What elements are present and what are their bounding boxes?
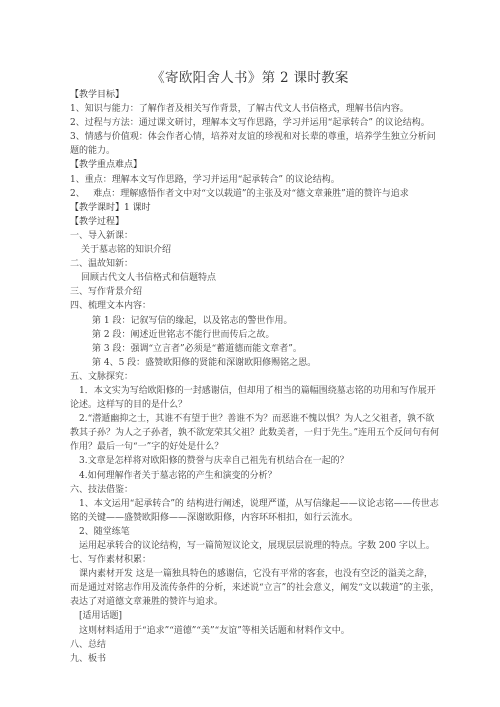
step-title: 八、总结 [70,638,440,652]
section-header-process: 【教学过程】 [70,215,440,229]
step-title: 四、梳理文本内容： [70,299,440,313]
document-title: 《寄欧阳舍人书》第 2 课时教案 [0,66,500,86]
topic-body: 这则材料适用于“追求”“道德”“美”“友谊”等相关话题和材料作文中。 [70,624,440,638]
step-title: 九、板书 [70,652,440,666]
step-title: 六、技法借鉴： [70,483,440,497]
document-page: 《寄欧阳舍人书》第 2 课时教案 【教学目标】 1、知识与能力：了解作者及相关写… [0,0,500,707]
question-item: 1．本文实为写给欧阳修的一封感谢信，但却用了相当的篇幅围绕墓志铭的功用和写作展开… [70,384,440,412]
step-title: 五、文脉探究： [70,370,440,384]
keypoint-item: 2、 难点：理解感悟作者文中对“文以载道”的主张及对“德文章兼胜”道的赞许与追求 [70,187,440,201]
technique-item-body: 运用起承转合的议论结构，写一篇简短议论文，展现层层说理的特点。字数 200 字以… [70,539,440,553]
topic-label: [适用话题] [70,609,440,623]
paragraph-summary: 第 4、5 段：盛赞欧阳修的贤能和深谢欧阳修赐铭之恩。 [70,356,440,370]
technique-item: 1、本文运用“起承转合”的 结构进行阐述，说理严谨，从写信缘起——议论志铭——传… [70,497,440,525]
material-body: 课内素材开发 这是一篇独具特色的感谢信，它没有平常的客套，也没有空泛的溢美之辞，… [70,567,440,609]
section-header-keypoints: 【教学重点难点】 [70,158,440,172]
objective-item: 3、情感与价值观：体会作者心情，培养对友谊的珍视和对长辈的尊重，培养学生独立分析… [70,130,440,158]
step-title: 二、温故知新： [70,257,440,271]
paragraph-summary: 第 3 段：强调“立言者”必须是“蓄道德而能文章者”。 [70,342,440,356]
step-title: 一、导入新课： [70,229,440,243]
keypoint-item: 1、重点：理解本文写作思路，学习并运用“起承转合” 的议论结构。 [70,173,440,187]
step-title: 七、写作素材积累： [70,553,440,567]
question-item: 4.如何理解作者关于墓志铭的产生和演变的分析？ [70,469,440,483]
step-title: 三、写作背景介绍 [70,285,440,299]
question-item: 2.“潜遁幽抑之士，其谁不有望于世？善谁不为？而恶谁不愧以惧？为人之父祖者，孰不… [70,412,440,454]
objective-item: 1、知识与能力：了解作者及相关写作背景，了解古代文人书信格式，理解书信内容。 [70,102,440,116]
section-header-objectives: 【教学目标】 [70,88,440,102]
paragraph-summary: 第 2 段：阐述近世铭志不能行世而传后之故。 [70,328,440,342]
question-item: 3.文章是怎样将对欧阳修的赞誉与庆幸自己祖先有机结合在一起的？ [70,454,440,468]
objective-item: 2、过程与方法：通过课文研讨，理解本文写作思路，学习并运用“起承转合” 的议论结… [70,116,440,130]
step-body: 关于墓志铭的知识介绍 [70,243,440,257]
section-hours: 【教学课时】1 课时 [70,201,440,215]
step-body: 回顾古代文人书信格式和信题特点 [70,271,440,285]
document-body: 【教学目标】 1、知识与能力：了解作者及相关写作背景，了解古代文人书信格式，理解… [70,88,440,666]
technique-item-title: 2、随堂练笔 [70,525,440,539]
paragraph-summary: 第 1 段：记叙写信的缘起，以及铭志的警世作用。 [70,314,440,328]
